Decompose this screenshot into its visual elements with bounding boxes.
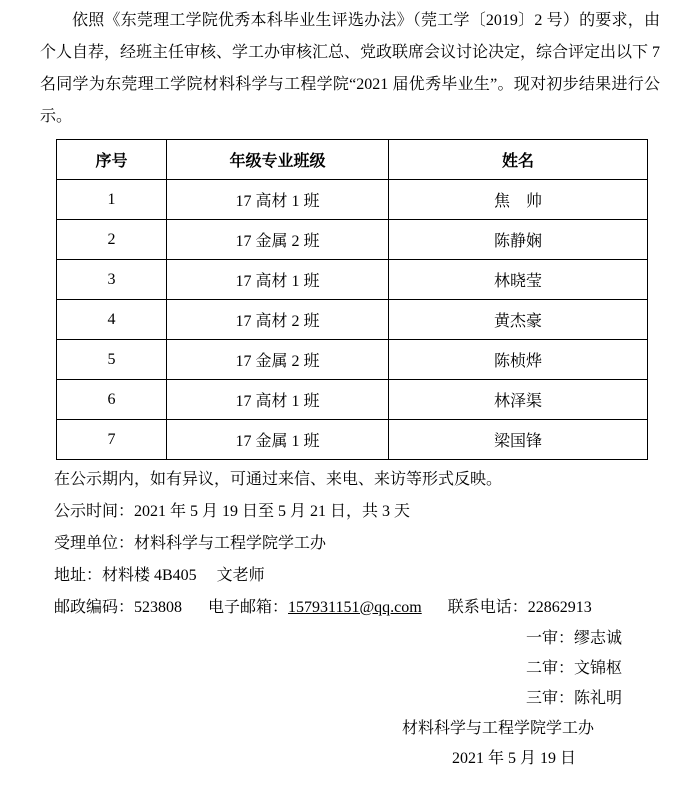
cell-name: 陈桢烨 bbox=[389, 340, 648, 380]
notice-document: 依照《东莞理工学院优秀本科毕业生评选办法》（莞工学〔2019〕2 号）的要求，由… bbox=[0, 0, 700, 793]
publicity-time-line: 公示时间：2021 年 5 月 19 日至 5 月 21 日，共 3 天 bbox=[54, 496, 660, 528]
table-row: 5 17 金属 2 班 陈桢烨 bbox=[57, 340, 648, 380]
cell-class: 17 高材 1 班 bbox=[167, 180, 389, 220]
notice-line: 在公示期内，如有异议，可通过来信、来电、来访等形式反映。 bbox=[54, 464, 660, 496]
table-header-row: 序号 年级专业班级 姓名 bbox=[57, 140, 648, 180]
cell-no: 1 bbox=[57, 180, 167, 220]
intro-paragraph: 依照《东莞理工学院优秀本科毕业生评选办法》（莞工学〔2019〕2 号）的要求，由… bbox=[40, 5, 660, 133]
phone-text: 联系电话：22862913 bbox=[448, 599, 592, 616]
cell-name: 林泽渠 bbox=[389, 380, 648, 420]
cell-name: 陈静娴 bbox=[389, 220, 648, 260]
signature-block: 一审：缪志诚 二审：文锦枢 三审：陈礼明 材料科学与工程学院学工办 2021 年… bbox=[40, 624, 660, 774]
column-header-class: 年级专业班级 bbox=[167, 140, 389, 180]
cell-name: 梁国锋 bbox=[389, 420, 648, 460]
cell-no: 6 bbox=[57, 380, 167, 420]
email-label: 电子邮箱： bbox=[208, 599, 288, 616]
table-row: 2 17 金属 2 班 陈静娴 bbox=[57, 220, 648, 260]
cell-no: 3 bbox=[57, 260, 167, 300]
cell-no: 2 bbox=[57, 220, 167, 260]
cell-class: 17 高材 2 班 bbox=[167, 300, 389, 340]
table-row: 7 17 金属 1 班 梁国锋 bbox=[57, 420, 648, 460]
contact-line: 邮政编码：523808电子邮箱：157931151@qq.com联系电话：228… bbox=[54, 592, 660, 624]
signature-unit-line: 材料科学与工程学院学工办 bbox=[40, 714, 660, 744]
cell-no: 7 bbox=[57, 420, 167, 460]
footer-info: 在公示期内，如有异议，可通过来信、来电、来访等形式反映。 公示时间：2021 年… bbox=[54, 464, 660, 624]
table-row: 4 17 高材 2 班 黄杰豪 bbox=[57, 300, 648, 340]
cell-no: 4 bbox=[57, 300, 167, 340]
accepting-unit-line: 受理单位：材料科学与工程学院学工办 bbox=[54, 528, 660, 560]
email-segment: 电子邮箱：157931151@qq.com bbox=[208, 599, 422, 616]
cell-class: 17 金属 2 班 bbox=[167, 220, 389, 260]
cell-no: 5 bbox=[57, 340, 167, 380]
address-line: 地址：材料楼 4B405 文老师 bbox=[54, 560, 660, 592]
table-row: 1 17 高材 1 班 焦 帅 bbox=[57, 180, 648, 220]
signature-date-line: 2021 年 5 月 19 日 bbox=[40, 744, 660, 774]
column-header-name: 姓名 bbox=[389, 140, 648, 180]
cell-name: 黄杰豪 bbox=[389, 300, 648, 340]
column-header-no: 序号 bbox=[57, 140, 167, 180]
cell-class: 17 高材 1 班 bbox=[167, 380, 389, 420]
postal-code-text: 邮政编码：523808 bbox=[54, 599, 182, 616]
cell-name: 林晓莹 bbox=[389, 260, 648, 300]
second-review-line: 二审：文锦枢 bbox=[40, 654, 660, 684]
cell-class: 17 金属 1 班 bbox=[167, 420, 389, 460]
cell-class: 17 金属 2 班 bbox=[167, 340, 389, 380]
cell-name: 焦 帅 bbox=[389, 180, 648, 220]
third-review-line: 三审：陈礼明 bbox=[40, 684, 660, 714]
email-link[interactable]: 157931151@qq.com bbox=[288, 599, 422, 616]
table-row: 3 17 高材 1 班 林晓莹 bbox=[57, 260, 648, 300]
cell-class: 17 高材 1 班 bbox=[167, 260, 389, 300]
first-review-line: 一审：缪志诚 bbox=[40, 624, 660, 654]
graduates-table: 序号 年级专业班级 姓名 1 17 高材 1 班 焦 帅 2 17 金属 2 班… bbox=[56, 139, 648, 460]
table-row: 6 17 高材 1 班 林泽渠 bbox=[57, 380, 648, 420]
